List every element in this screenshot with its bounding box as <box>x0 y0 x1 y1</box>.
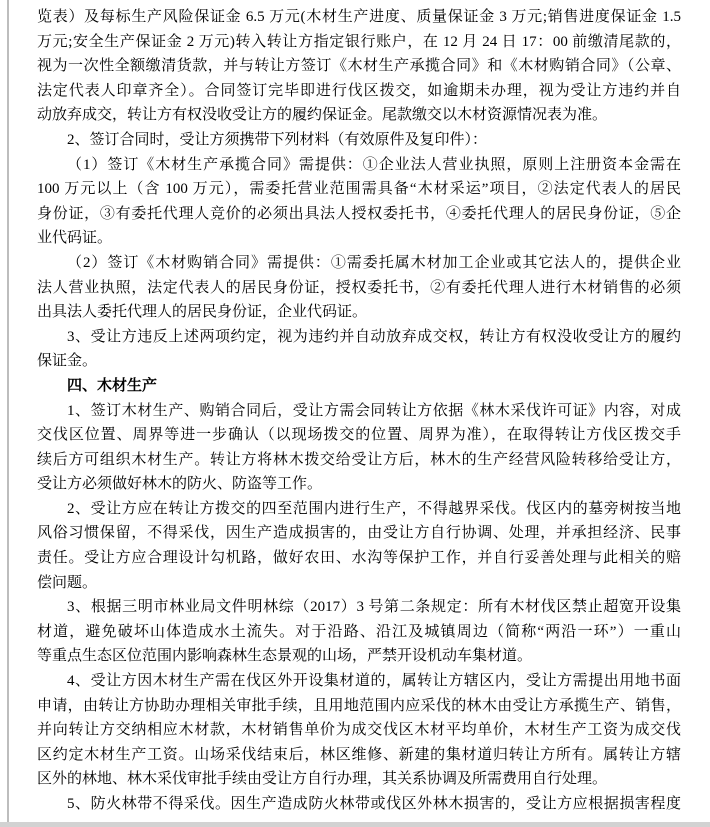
text-line: 区约定木材生产工资。山场采伐结束后，林区维修、新建的集材道归转让方所有。属转让方… <box>37 743 681 768</box>
text-line: 2、受让方应在转让方拨交的四至范围内进行生产，不得越界采伐。伐区内的墓旁树按当地 <box>37 497 681 522</box>
text-line: 2、签订合同时，受让方须携带下列材料（有效原件及复印件）： <box>37 128 681 153</box>
text-line: 100 万元以上（含 100 万元），需委托营业范围需具备“木材采运”项目，②法… <box>37 177 681 202</box>
text-line: 览表）及每标生产风险保证金 6.5 万元(木材生产进度、质量保证金 3 万元;销… <box>37 5 681 30</box>
text-line: 法人营业执照，法定代表人的居民身份证，授权委托书，②有委托代理人进行木材销售的必… <box>37 276 681 301</box>
text-line: 续后方可组织木材生产。转让方将林木拨交给受让方后，林木的生产经营风险转移给受让方… <box>37 448 681 473</box>
text-line: 3、根据三明市林业局文件明林综（2017）3 号第二条规定：所有木材伐区禁止超宽… <box>37 595 681 620</box>
document-viewport: 览表）及每标生产风险保证金 6.5 万元(木材生产进度、质量保证金 3 万元;销… <box>0 0 710 827</box>
text-line: 受让方必须做好林木的防火、防盗等工作。 <box>37 472 681 497</box>
text-line: 区外的林地、林木采伐审批手续由受让方自行办理，其关系协调及所需费用自行处理。 <box>37 767 681 792</box>
text-line: 出具法人委托代理人的居民身份证，企业代码证。 <box>37 300 681 325</box>
page-left-border <box>7 0 9 827</box>
text-line: 法定代表人印章齐全）。合同签订完毕即进行伐区拨交，如逾期未办理，视为受让方违约并… <box>37 79 681 104</box>
text-line: 万元;安全生产保证金 2 万元)转入转让方指定银行账户，在 12 月 24 日 … <box>37 30 681 55</box>
text-line: 3、受让方违反上述两项约定，视为违约并自动放弃成交权，转让方有权没收受让方的履约 <box>37 325 681 350</box>
page-bottom-border <box>0 822 710 827</box>
text-line: 等重点生态区位范围内影响森林生态景观的山场，严禁开设机动车集材道。 <box>37 644 681 669</box>
text-line: 申请，由转让方协助办理相关审批手续，且用地范围内应采伐的林木由受让方承揽生产、销… <box>37 694 681 719</box>
text-line: 交伐区位置、周界等进一步确认（以现场拨交的位置、周界为准），在取得转让方伐区拨交… <box>37 423 681 448</box>
text-line: 保证金。 <box>37 349 681 374</box>
text-line: 材道，避免破坏山体造成水土流失。对于沿路、沿江及城镇周边（简称“两沿一环”）一重… <box>37 620 681 645</box>
text-line: 责任。受让方应合理设计勾机路，做好农田、水沟等保护工作，并自行妥善处理与此相关的… <box>37 546 681 571</box>
text-line: 动放弃成交，转让方有权没收受让方的履约保证金。尾款缴交以木材资源情况表为准。 <box>37 103 681 128</box>
text-line: 视为一次性全额缴清货款，并与转让方签订《木材生产承揽合同》和《木材购销合同》（公… <box>37 54 681 79</box>
text-line: 身份证，③有委托代理人竞价的必须出具法人授权委托书，④委托代理人的居民身份证，⑤… <box>37 202 681 227</box>
text-line: 4、受让方因木材生产需在伐区外开设集材道的，属转让方辖区内，受让方需提出用地书面 <box>37 669 681 694</box>
text-line: 5、防火林带不得采伐。因生产造成防火林带或伐区外林木损害的，受让方应根据损害程度 <box>37 792 681 817</box>
text-line: 偿问题。 <box>37 571 681 596</box>
document-body: 览表）及每标生产风险保证金 6.5 万元(木材生产进度、质量保证金 3 万元;销… <box>37 5 681 817</box>
section-heading: 四、木材生产 <box>37 374 681 399</box>
text-line: 1、签订木材生产、购销合同后，受让方需会同转让方依据《林木采伐许可证》内容，对成 <box>37 399 681 424</box>
text-line: （1）签订《木材生产承揽合同》需提供：①企业法人营业执照，原则上注册资本金需在 <box>37 153 681 178</box>
text-line: 风俗习惯保留，不得采伐，因生产造成损害的，由受让方自行协调、处理，并承担经济、民… <box>37 521 681 546</box>
text-line: 业代码证。 <box>37 226 681 251</box>
text-line: 并向转让方交纳相应木材款，木材销售单价为成交伐区木材平均单价，木材生产工资为成交… <box>37 718 681 743</box>
text-line: （2）签订《木材购销合同》需提供：①需委托属木材加工企业或其它法人的，提供企业 <box>37 251 681 276</box>
